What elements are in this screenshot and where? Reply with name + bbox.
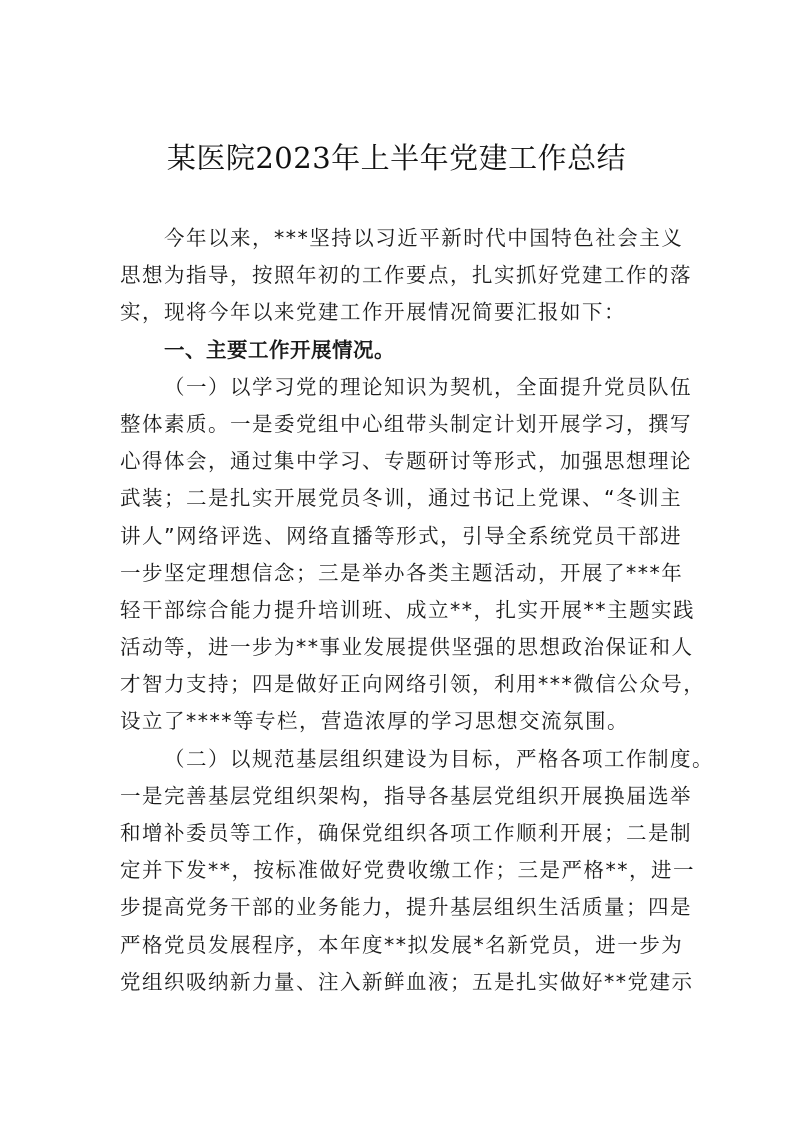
text-line: 整体素质。一是委党组中心组带头制定计划开展学习，撰写 [120, 406, 672, 443]
text-line: 一步坚定理想信念；三是举办各类主题活动，开展了***年 [120, 555, 672, 592]
document-body: 今年以来，***坚持以习近平新时代中国特色社会主义 思想为指导，按照年初的工作要… [120, 220, 672, 1001]
text-line: 严格党员发展程序，本年度**拟发展*名新党员，进一步为 [120, 927, 672, 964]
text-line: 和增补委员等工作，确保党组织各项工作顺利开展；二是制 [120, 815, 672, 852]
text-line: 心得体会，通过集中学习、专题研讨等形式，加强思想理论 [120, 443, 672, 480]
paragraph-section-2: （二）以规范基层组织建设为目标，严格各项工作制度。 一是完善基层党组织架构，指导… [120, 741, 672, 1001]
text-line: 实，现将今年以来党建工作开展情况简要汇报如下： [120, 294, 672, 331]
text-line: 步提高党务干部的业务能力，提升基层组织生活质量；四是 [120, 889, 672, 926]
text-line: （二）以规范基层组织建设为目标，严格各项工作制度。 [120, 741, 672, 778]
text-line: （一）以学习党的理论知识为契机，全面提升党员队伍 [120, 369, 672, 406]
text-line: 党组织吸纳新力量、注入新鲜血液；五是扎实做好**党建示 [120, 964, 672, 1001]
text-line: 轻干部综合能力提升培训班、成立**，扎实开展**主题实践 [120, 592, 672, 629]
document-title: 某医院2023年上半年党建工作总结 [0, 136, 793, 177]
text-line: 设立了****等专栏，营造浓厚的学习思想交流氛围。 [120, 703, 672, 740]
text-line: 才智力支持；四是做好正向网络引领，利用***微信公众号， [120, 666, 672, 703]
paragraph-section-1: （一）以学习党的理论知识为契机，全面提升党员队伍 整体素质。一是委党组中心组带头… [120, 369, 672, 741]
text-line: 武装；二是扎实开展党员冬训，通过书记上党课、“冬训主 [120, 480, 672, 517]
text-line: 定并下发**，按标准做好党费收缴工作；三是严格**，进一 [120, 852, 672, 889]
paragraph-intro: 今年以来，***坚持以习近平新时代中国特色社会主义 思想为指导，按照年初的工作要… [120, 220, 672, 332]
text-line: 思想为指导，按照年初的工作要点，扎实抓好党建工作的落 [120, 257, 672, 294]
text-line: 今年以来，***坚持以习近平新时代中国特色社会主义 [120, 220, 672, 257]
document-page: 某医院2023年上半年党建工作总结 今年以来，***坚持以习近平新时代中国特色社… [0, 0, 793, 1122]
heading-line: 一、主要工作开展情况。 [120, 332, 672, 369]
text-line: 讲人”网络评选、网络直播等形式，引导全系统党员干部进 [120, 518, 672, 555]
text-line: 一是完善基层党组织架构，指导各基层党组织开展换届选举 [120, 778, 672, 815]
text-line: 活动等，进一步为**事业发展提供坚强的思想政治保证和人 [120, 629, 672, 666]
section-heading: 一、主要工作开展情况。 [120, 332, 672, 369]
